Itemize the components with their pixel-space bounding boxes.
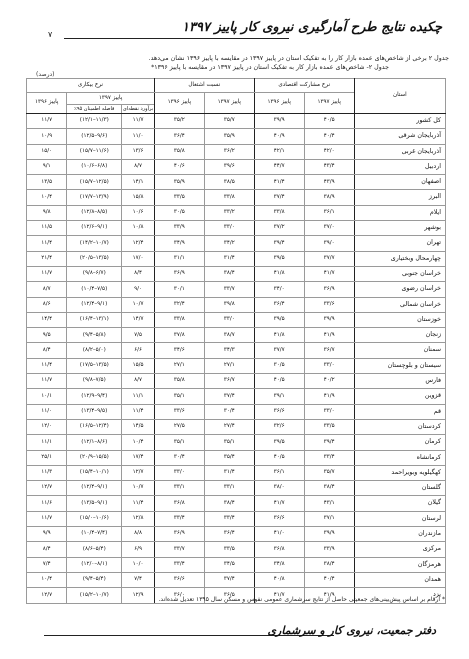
employment-1397-cell: ۳۷/۴ — [204, 572, 254, 587]
table-row: کل کشور۴۰/۵۳۹/۹۳۵/۷۳۵/۲۱۱/۷(۱۱/۳–۱۲/۱)۱۱… — [27, 114, 446, 129]
header-point-estimate: برآورد نقطه‌ای — [122, 105, 155, 114]
header-unemployment-1397: پاییز ۱۳۹۷ — [67, 93, 155, 105]
unemployment-1396-cell: ۹/۸ — [27, 205, 67, 220]
province-name: خراسان جنوبی — [354, 266, 445, 281]
province-name: قم — [354, 404, 445, 419]
page-header: ۷ چکیده نتایج طرح آمارگیری نیروی کار پای… — [42, 18, 442, 48]
employment-1396-cell: ۲۷/۵ — [154, 419, 204, 434]
province-name: آذربایجان غربی — [354, 144, 445, 159]
unemployment-1397-cell: ۱۵/۸ — [122, 190, 155, 205]
table-row: هرمزگان۳۸/۴۳۴/۸۳۴/۵۳۳/۴۱۰/۰(۸/۱–۱۲/۰)۷/۴ — [27, 557, 446, 572]
employment-1396-cell: ۳۶/۴ — [154, 129, 204, 144]
unemployment-1397-cell: ۱۱/۴ — [122, 496, 155, 511]
participation-1397-cell: ۳۳/۰ — [304, 358, 354, 373]
participation-1396-cell: ۳۶/۴ — [254, 297, 304, 312]
employment-1396-cell: ۳۴/۹ — [154, 236, 204, 251]
confidence-interval-cell: (۶/۸–۱۰/۶) — [67, 159, 122, 174]
page-number: ۷ — [48, 30, 52, 39]
participation-1396-cell: ۳۶/۱ — [254, 465, 304, 480]
employment-1397-cell: ۲۷/۴ — [204, 419, 254, 434]
province-name: اصفهان — [354, 175, 445, 190]
employment-1397-cell: ۳۰/۴ — [204, 404, 254, 419]
employment-1397-cell: ۳۳/۸ — [204, 190, 254, 205]
employment-1396-cell: ۳۵/۹ — [154, 175, 204, 190]
employment-1396-cell: ۳۳/۶ — [154, 404, 204, 419]
participation-1397-cell: ۴۳/۱ — [304, 496, 354, 511]
participation-1396-cell: ۴۰/۵ — [254, 374, 304, 389]
unemployment-1397-cell: ۷/۵ — [122, 328, 155, 343]
employment-1397-cell: ۳۵/۴ — [204, 450, 254, 465]
table-caption: جدول ۲- شاخص‌های عمده بازار کار به تفکیک… — [151, 64, 389, 71]
unemployment-1397-cell: ۱۰/۴ — [122, 435, 155, 450]
confidence-interval-cell: (۱۲/۴–۱۶/۵) — [67, 419, 122, 434]
unemployment-1396-cell: ۱۴/۴ — [27, 312, 67, 327]
participation-1396-cell: ۳۹/۴ — [254, 236, 304, 251]
confidence-interval-cell: (۹/۱–۱۲/۴) — [67, 481, 122, 496]
table-row: بوشهر۳۷/۰۳۷/۲۳۳/۰۳۳/۹۱۰/۸(۹/۱–۱۲/۶)۱۱/۵ — [27, 221, 446, 236]
province-name: ایلام — [354, 205, 445, 220]
table-row: لرستان۳۷/۱۳۶/۶۳۳/۴۳۳/۴۱۲/۸(۱۰/۶–۱۵/۰)۱۱/… — [27, 511, 446, 526]
unemployment-1396-cell: ۱۱/۷ — [27, 114, 67, 129]
employment-1396-cell: ۳۴/۶ — [154, 343, 204, 358]
unemployment-1397-cell: ۱۲/۴ — [122, 236, 155, 251]
confidence-interval-cell: (۱۰/۱–۱۵/۴) — [67, 465, 122, 480]
participation-1396-cell: ۳۴/۸ — [254, 557, 304, 572]
participation-1396-cell: ۳۶/۶ — [254, 511, 304, 526]
unemployment-1396-cell: ۸/۴ — [27, 343, 67, 358]
participation-1396-cell: ۳۹/۹ — [254, 114, 304, 129]
confidence-interval-cell: (۸/۱–۱۲/۰) — [67, 557, 122, 572]
employment-1397-cell: ۳۱/۴ — [204, 465, 254, 480]
table-row: کرمان۳۹/۴۳۹/۵۳۵/۱۳۵/۱۱۰/۴(۸/۶–۱۲/۱)۱۱/۱ — [27, 435, 446, 450]
province-name: کرمان — [354, 435, 445, 450]
participation-1397-cell: ۴۳/۴ — [304, 159, 354, 174]
unemployment-1396-cell: ۱۵/۰ — [27, 144, 67, 159]
employment-1397-cell: ۳۵/۱ — [204, 435, 254, 450]
table-row: همدان۴۰/۴۴۰/۸۳۷/۴۳۶/۶۷/۴(۵/۴–۹/۴)۱۰/۴ — [27, 572, 446, 587]
participation-1396-cell: ۳۹/۵ — [254, 435, 304, 450]
participation-1396-cell: ۳۹/۵ — [254, 251, 304, 266]
participation-1396-cell: ۴۰/۵ — [254, 450, 304, 465]
employment-1396-cell: ۴۰/۶ — [154, 159, 204, 174]
province-name: اردبیل — [354, 159, 445, 174]
table-row: سمنان۳۶/۷۳۷/۷۳۴/۳۳۴/۶۶/۶(۵/۰–۸/۲)۸/۴ — [27, 343, 446, 358]
employment-1396-cell: ۳۶/۶ — [154, 572, 204, 587]
participation-1397-cell: ۳۷/۰ — [304, 221, 354, 236]
employment-1396-cell: ۳۳/۵ — [154, 190, 204, 205]
province-name: زنجان — [354, 328, 445, 343]
confidence-interval-cell: (۵/۴–۹/۴) — [67, 572, 122, 587]
participation-1397-cell: ۳۶/۹ — [304, 282, 354, 297]
unemployment-1396-cell: ۱۰/۴ — [27, 190, 67, 205]
participation-1397-cell: ۴۰/۲ — [304, 374, 354, 389]
province-name: خراسان رضوی — [354, 282, 445, 297]
table-row: خراسان جنوبی۴۱/۷۴۱/۸۳۸/۴۳۶/۹۸/۴(۶/۷–۹/۸)… — [27, 266, 446, 281]
unemployment-1396-cell: ۱۱/۴ — [27, 236, 67, 251]
employment-1397-cell: ۳۳/۱ — [204, 481, 254, 496]
unemployment-1397-cell: ۱۰/۶ — [122, 205, 155, 220]
table-body: کل کشور۴۰/۵۳۹/۹۳۵/۷۳۵/۲۱۱/۷(۱۱/۳–۱۲/۱)۱۱… — [27, 114, 446, 604]
employment-1396-cell: ۳۳/۹ — [154, 221, 204, 236]
province-name: تهران — [354, 236, 445, 251]
province-name: گلستان — [354, 481, 445, 496]
table-row: قم۳۳/۰۳۶/۶۳۰/۴۳۳/۶۱۱/۴(۹/۵–۱۳/۴)۱۱/۰ — [27, 404, 446, 419]
province-name: البرز — [354, 190, 445, 205]
employment-1396-cell: ۳۶/۹ — [154, 266, 204, 281]
unemployment-1397-cell: ۱۴/۷ — [122, 312, 155, 327]
province-name: مرکزی — [354, 542, 445, 557]
employment-1397-cell: ۳۳/۰ — [204, 221, 254, 236]
table-row: قزوین۴۱/۹۳۹/۱۳۷/۴۳۵/۱۱۱/۱(۹/۴–۱۲/۹)۱۰/۱ — [27, 389, 446, 404]
participation-1397-cell: ۴۰/۵ — [304, 114, 354, 129]
province-name: فارس — [354, 374, 445, 389]
participation-1396-cell: ۳۴/۰ — [254, 282, 304, 297]
header-unemployment-rate: نرخ بیکاری — [27, 79, 155, 93]
header-province: استان — [354, 79, 445, 114]
header-title: چکیده نتایج طرح آمارگیری نیروی کار پاییز… — [182, 20, 442, 35]
employment-1397-cell: ۳۶/۴ — [204, 527, 254, 542]
participation-1397-cell: ۳۶/۱ — [304, 205, 354, 220]
participation-1397-cell: ۴۱/۹ — [304, 389, 354, 404]
participation-1397-cell: ۳۳/۵ — [304, 419, 354, 434]
participation-1397-cell: ۳۶/۷ — [304, 343, 354, 358]
table-row: کرمانشاه۳۳/۴۴۰/۵۳۵/۴۳۰/۴۱۷/۴(۱۵/۵–۲۰/۹)۲… — [27, 450, 446, 465]
table-row: چهارمحال وبختیاری۳۷/۷۳۹/۵۳۱/۴۳۱/۱۱۷/۰(۱۳… — [27, 251, 446, 266]
unemployment-1396-cell: ۱۱/۵ — [27, 221, 67, 236]
confidence-interval-cell: (۱۳/۹–۱۷/۷) — [67, 190, 122, 205]
employment-1397-cell: ۳۶/۷ — [204, 374, 254, 389]
employment-1397-cell: ۳۴/۳ — [204, 343, 254, 358]
unemployment-1397-cell: ۱۱/۱ — [122, 389, 155, 404]
province-name: کهگیلویه وبویراحمد — [354, 465, 445, 480]
employment-1397-cell: ۳۱/۴ — [204, 251, 254, 266]
header-participation-1397: پاییز ۱۳۹۷ — [304, 93, 354, 114]
footnote: * ارقام بر اساس پیش‌بینی‌های جمعیتی حاصل… — [159, 596, 445, 603]
confidence-interval-cell: (۱۳/۱–۱۶/۴) — [67, 312, 122, 327]
unemployment-1396-cell: ۷/۴ — [27, 557, 67, 572]
participation-1397-cell: ۴۰/۴ — [304, 572, 354, 587]
employment-1397-cell: ۳۸/۷ — [204, 328, 254, 343]
unemployment-1396-cell: ۹/۹ — [27, 527, 67, 542]
unemployment-1397-cell: ۸/۸ — [122, 527, 155, 542]
participation-1396-cell: ۴۱/۰ — [254, 527, 304, 542]
participation-1396-cell: ۳۶/۸ — [254, 542, 304, 557]
participation-1396-cell: ۳۷/۴ — [254, 190, 304, 205]
participation-1397-cell: ۳۹/۴ — [304, 435, 354, 450]
participation-1396-cell: ۳۲/۶ — [254, 419, 304, 434]
table-row: خراسان شمالی۳۳/۶۳۶/۴۳۹/۸۳۲/۴۱۰/۷(۹/۱–۱۲/… — [27, 297, 446, 312]
header-participation-rate: نرخ مشارکت اقتصادی — [254, 79, 354, 93]
confidence-interval-cell: (۹/۱–۱۲/۴) — [67, 297, 122, 312]
employment-1396-cell: ۳۳/۰ — [154, 465, 204, 480]
employment-1396-cell: ۳۳/۴ — [154, 557, 204, 572]
province-name: خراسان شمالی — [354, 297, 445, 312]
participation-1396-cell: ۳۹/۱ — [254, 389, 304, 404]
participation-1397-cell: ۳۹/۹ — [304, 312, 354, 327]
province-name: آذربایجان شرقی — [354, 129, 445, 144]
unemployment-1397-cell: ۱۴/۱ — [122, 175, 155, 190]
participation-1396-cell: ۳۷/۲ — [254, 221, 304, 236]
unemployment-1396-cell: ۱۱/۳ — [27, 465, 67, 480]
unemployment-1397-cell: ۱۰/۰ — [122, 557, 155, 572]
table-row: ایلام۳۶/۱۳۳/۸۳۳/۲۳۰/۵۱۰/۶(۸/۵–۱۲/۸)۹/۸ — [27, 205, 446, 220]
confidence-interval-cell: (۱۰/۷–۱۵/۲) — [67, 588, 122, 603]
participation-1396-cell: ۳۰/۵ — [254, 358, 304, 373]
table-row: گلستان۳۸/۴۳۸/۰۳۳/۱۳۳/۱۱۰/۷(۹/۱–۱۲/۴)۱۲/۷ — [27, 481, 446, 496]
unemployment-1397-cell: ۶/۶ — [122, 343, 155, 358]
table-intro-text: جدول ۲ برخی از شاخص‌های عمده بازار کار ر… — [149, 55, 449, 62]
confidence-interval-cell: (۹/۱–۱۳/۵) — [67, 496, 122, 511]
unemployment-1396-cell: ۱۲/۰ — [27, 419, 67, 434]
unemployment-1396-cell: ۸/۶ — [27, 297, 67, 312]
participation-1397-cell: ۳۳/۰ — [304, 404, 354, 419]
employment-1396-cell: ۳۳/۴ — [154, 511, 204, 526]
employment-1396-cell: ۳۵/۱ — [154, 389, 204, 404]
employment-1396-cell: ۳۲/۴ — [154, 297, 204, 312]
header-participation-1396: پاییز ۱۳۹۶ — [254, 93, 304, 114]
unemployment-1397-cell: ۱۱/۴ — [122, 404, 155, 419]
unemployment-1396-cell: ۱۱/۴ — [27, 358, 67, 373]
table-row: کردستان۳۳/۵۳۲/۶۲۷/۴۲۷/۵۱۴/۵(۱۲/۴–۱۶/۵)۱۲… — [27, 419, 446, 434]
unemployment-1396-cell: ۱۱/۷ — [27, 266, 67, 281]
header-employment-1397: پاییز ۱۳۹۷ — [204, 93, 254, 114]
employment-1397-cell: ۳۴/۲ — [204, 236, 254, 251]
table-row: البرز۳۸/۹۳۷/۴۳۳/۸۳۳/۵۱۵/۸(۱۳/۹–۱۷/۷)۱۰/۴ — [27, 190, 446, 205]
confidence-interval-cell: (۷/۵–۱۰/۴) — [67, 282, 122, 297]
confidence-interval-cell: (۱۱/۳–۱۲/۱) — [67, 114, 122, 129]
province-name: گیلان — [354, 496, 445, 511]
participation-1397-cell: ۳۵/۷ — [304, 465, 354, 480]
unemployment-1396-cell: ۹/۵ — [27, 328, 67, 343]
participation-1397-cell: ۳۸/۹ — [304, 190, 354, 205]
confidence-interval-cell: (۶/۷–۹/۸) — [67, 266, 122, 281]
employment-1397-cell: ۳۸/۴ — [204, 496, 254, 511]
unemployment-1396-cell: ۱۳/۵ — [27, 175, 67, 190]
employment-1397-cell: ۳۳/۵ — [204, 542, 254, 557]
unemployment-1396-cell: ۱۱/۷ — [27, 511, 67, 526]
confidence-interval-cell: (۵/۸–۹/۴) — [67, 328, 122, 343]
confidence-interval-cell: (۹/۱–۱۲/۶) — [67, 221, 122, 236]
participation-1397-cell: ۳۸/۴ — [304, 481, 354, 496]
employment-1396-cell: ۳۰/۴ — [154, 450, 204, 465]
unemployment-1397-cell: ۶/۹ — [122, 542, 155, 557]
table-row: گیلان۴۳/۱۴۱/۷۳۸/۴۳۶/۸۱۱/۴(۹/۱–۱۳/۵)۱۱/۶ — [27, 496, 446, 511]
table-row: مازندران۳۹/۹۴۱/۰۳۶/۴۳۶/۹۸/۸(۷/۴–۱۰/۴)۹/۹ — [27, 527, 446, 542]
participation-1396-cell: ۴۱/۴ — [254, 175, 304, 190]
confidence-interval-cell: (۵/۴–۸/۶) — [67, 542, 122, 557]
header-employment-ratio: نسبت اشتغال — [154, 79, 254, 93]
employment-1396-cell: ۳۰/۱ — [154, 282, 204, 297]
confidence-interval-cell: (۸/۵–۱۲/۸) — [67, 205, 122, 220]
participation-1397-cell: ۳۸/۴ — [304, 557, 354, 572]
confidence-interval-cell: (۹/۵–۱۳/۴) — [67, 404, 122, 419]
province-name: سمنان — [354, 343, 445, 358]
confidence-interval-cell: (۵/۰–۸/۲) — [67, 343, 122, 358]
table-row: تهران۳۹/۰۳۹/۴۳۴/۲۳۴/۹۱۲/۴(۱۰/۷–۱۴/۲)۱۱/۴ — [27, 236, 446, 251]
employment-1396-cell: ۳۳/۸ — [154, 312, 204, 327]
participation-1396-cell: ۴۰/۸ — [254, 572, 304, 587]
table-row: مرکزی۳۳/۹۳۶/۸۳۳/۵۳۳/۷۶/۹(۵/۴–۸/۶)۸/۴ — [27, 542, 446, 557]
employment-1397-cell: ۳۳/۷ — [204, 282, 254, 297]
province-name: سیستان و بلوچستان — [354, 358, 445, 373]
employment-1396-cell: ۳۵/۲ — [154, 114, 204, 129]
province-name: کردستان — [354, 419, 445, 434]
unemployment-1397-cell: ۱۱/۰ — [122, 129, 155, 144]
participation-1397-cell: ۴۲/۰ — [304, 144, 354, 159]
table-row: فارس۴۰/۲۴۰/۵۳۶/۷۳۵/۸۸/۷(۷/۵–۹/۸)۱۱/۷ — [27, 374, 446, 389]
participation-1396-cell: ۴۱/۸ — [254, 266, 304, 281]
unemployment-1397-cell: ۱۲/۷ — [122, 465, 155, 480]
employment-1396-cell: ۳۵/۸ — [154, 144, 204, 159]
participation-1396-cell: ۳۹/۵ — [254, 312, 304, 327]
participation-1397-cell: ۴۳/۹ — [304, 175, 354, 190]
participation-1397-cell: ۳۷/۷ — [304, 251, 354, 266]
unemployment-1397-cell: ۱۴/۵ — [122, 419, 155, 434]
unemployment-1397-cell: ۱۱/۷ — [122, 114, 155, 129]
confidence-interval-cell: (۱۳/۵–۱۷/۵) — [67, 358, 122, 373]
unemployment-1397-cell: ۱۳/۶ — [122, 144, 155, 159]
footer-title: دفتر جمعیت، نیروی کار و سرشماری — [267, 624, 436, 637]
province-name: هرمزگان — [354, 557, 445, 572]
unemployment-1397-cell: ۹/۰ — [122, 282, 155, 297]
table-row: سیستان و بلوچستان۳۳/۰۳۰/۵۲۷/۱۲۷/۱۱۵/۵(۱۳… — [27, 358, 446, 373]
employment-1397-cell: ۳۸/۴ — [204, 266, 254, 281]
employment-1397-cell: ۳۷/۴ — [204, 389, 254, 404]
confidence-interval-cell: (۹/۶–۱۲/۵) — [67, 129, 122, 144]
employment-1396-cell: ۳۳/۷ — [154, 542, 204, 557]
unemployment-1397-cell: ۱۷/۰ — [122, 251, 155, 266]
header-employment-1396: پاییز ۱۳۹۶ — [154, 93, 204, 114]
participation-1396-cell: ۳۶/۶ — [254, 404, 304, 419]
table-row: کهگیلویه وبویراحمد۳۵/۷۳۶/۱۳۱/۴۳۳/۰۱۲/۷(۱… — [27, 465, 446, 480]
employment-1396-cell: ۳۶/۸ — [154, 496, 204, 511]
participation-1396-cell: ۳۸/۰ — [254, 481, 304, 496]
employment-1396-cell: ۳۷/۸ — [154, 328, 204, 343]
unemployment-1397-cell: ۷/۴ — [122, 572, 155, 587]
employment-1397-cell: ۳۹/۸ — [204, 297, 254, 312]
unemployment-1396-cell: ۱۱/۱ — [27, 435, 67, 450]
unemployment-1397-cell: ۱۰/۷ — [122, 297, 155, 312]
table-row: اردبیل۴۳/۴۴۴/۷۳۹/۶۴۰/۶۸/۷(۶/۸–۱۰/۶)۹/۱ — [27, 159, 446, 174]
unemployment-1396-cell: ۱۲/۷ — [27, 588, 67, 603]
province-name: کل کشور — [354, 114, 445, 129]
header-divider — [64, 38, 289, 39]
employment-1396-cell: ۳۱/۱ — [154, 251, 204, 266]
unemployment-1396-cell: ۱۰/۴ — [27, 572, 67, 587]
unemployment-1396-cell: ۲۱/۴ — [27, 251, 67, 266]
unit-label: (درصد) — [36, 71, 55, 78]
participation-1396-cell: ۴۰/۹ — [254, 129, 304, 144]
labor-market-table: استان نرخ مشارکت اقتصادی نسبت اشتغال نرخ… — [26, 78, 446, 604]
table-row: خراسان رضوی۳۶/۹۳۴/۰۳۳/۷۳۰/۱۹/۰(۷/۵–۱۰/۴)… — [27, 282, 446, 297]
employment-1397-cell: ۳۵/۹ — [204, 129, 254, 144]
participation-1397-cell: ۴۱/۷ — [304, 266, 354, 281]
unemployment-1397-cell: ۸/۴ — [122, 266, 155, 281]
employment-1397-cell: ۳۶/۲ — [204, 144, 254, 159]
province-name: مازندران — [354, 527, 445, 542]
participation-1397-cell: ۴۰/۴ — [304, 129, 354, 144]
confidence-interval-cell: (۱۰/۷–۱۴/۲) — [67, 236, 122, 251]
participation-1396-cell: ۴۱/۸ — [254, 328, 304, 343]
province-name: کرمانشاه — [354, 450, 445, 465]
unemployment-1396-cell: ۱۱/۶ — [27, 496, 67, 511]
participation-1397-cell: ۳۳/۶ — [304, 297, 354, 312]
participation-1397-cell: ۳۹/۰ — [304, 236, 354, 251]
participation-1397-cell: ۳۹/۹ — [304, 527, 354, 542]
employment-1396-cell: ۳۶/۹ — [154, 527, 204, 542]
employment-1397-cell: ۳۸/۵ — [204, 175, 254, 190]
unemployment-1397-cell: ۱۷/۴ — [122, 450, 155, 465]
participation-1397-cell: ۳۳/۹ — [304, 542, 354, 557]
province-name: همدان — [354, 572, 445, 587]
unemployment-1396-cell: ۱۱/۷ — [27, 374, 67, 389]
unemployment-1397-cell: ۸/۷ — [122, 159, 155, 174]
province-name: لرستان — [354, 511, 445, 526]
table-row: اصفهان۴۳/۹۴۱/۴۳۸/۵۳۵/۹۱۴/۱(۱۲/۵–۱۵/۷)۱۳/… — [27, 175, 446, 190]
employment-1397-cell: ۲۷/۱ — [204, 358, 254, 373]
province-name: چهارمحال وبختیاری — [354, 251, 445, 266]
table-row: آذربایجان شرقی۴۰/۴۴۰/۹۳۵/۹۳۶/۴۱۱/۰(۹/۶–۱… — [27, 129, 446, 144]
employment-1397-cell: ۳۵/۷ — [204, 114, 254, 129]
page-footer: دفتر جمعیت، نیروی کار و سرشماری — [44, 618, 444, 648]
employment-1397-cell: ۳۳/۴ — [204, 511, 254, 526]
unemployment-1396-cell: ۱۱/۰ — [27, 404, 67, 419]
unemployment-1396-cell: ۱۰/۹ — [27, 129, 67, 144]
unemployment-1396-cell: ۸/۴ — [27, 542, 67, 557]
unemployment-1397-cell: ۱۰/۸ — [122, 221, 155, 236]
employment-1396-cell: ۳۵/۸ — [154, 374, 204, 389]
confidence-interval-cell: (۷/۵–۹/۸) — [67, 374, 122, 389]
unemployment-1396-cell: ۹/۱ — [27, 159, 67, 174]
unemployment-1396-cell: ۸/۷ — [27, 282, 67, 297]
header-unemployment-1396: پاییز ۱۳۹۶ — [27, 93, 67, 114]
unemployment-1397-cell: ۱۲/۹ — [122, 588, 155, 603]
unemployment-1397-cell: ۸/۷ — [122, 374, 155, 389]
confidence-interval-cell: (۹/۴–۱۲/۹) — [67, 389, 122, 404]
unemployment-1397-cell: ۱۵/۵ — [122, 358, 155, 373]
employment-1396-cell: ۳۰/۵ — [154, 205, 204, 220]
participation-1397-cell: ۳۳/۴ — [304, 450, 354, 465]
table-row: زنجان۴۱/۹۴۱/۸۳۸/۷۳۷/۸۷/۵(۵/۸–۹/۴)۹/۵ — [27, 328, 446, 343]
employment-1396-cell: ۲۷/۱ — [154, 358, 204, 373]
employment-1396-cell: ۳۵/۱ — [154, 435, 204, 450]
participation-1397-cell: ۴۱/۹ — [304, 328, 354, 343]
unemployment-1396-cell: ۱۲/۷ — [27, 481, 67, 496]
province-name: قزوین — [354, 389, 445, 404]
participation-1396-cell: ۴۲/۱ — [254, 144, 304, 159]
unemployment-1397-cell: ۱۰/۷ — [122, 481, 155, 496]
confidence-interval-cell: (۱۰/۶–۱۵/۰) — [67, 511, 122, 526]
employment-1396-cell: ۳۳/۱ — [154, 481, 204, 496]
participation-1397-cell: ۳۷/۱ — [304, 511, 354, 526]
confidence-interval-cell: (۱۵/۵–۲۰/۹) — [67, 450, 122, 465]
unemployment-1396-cell: ۱۰/۱ — [27, 389, 67, 404]
participation-1396-cell: ۳۷/۷ — [254, 343, 304, 358]
participation-1396-cell: ۴۴/۷ — [254, 159, 304, 174]
unemployment-1397-cell: ۱۲/۸ — [122, 511, 155, 526]
participation-1396-cell: ۳۳/۸ — [254, 205, 304, 220]
participation-1396-cell: ۴۱/۷ — [254, 496, 304, 511]
confidence-interval-cell: (۸/۶–۱۲/۱) — [67, 435, 122, 450]
confidence-interval-cell: (۱۱/۶–۱۵/۷) — [67, 144, 122, 159]
confidence-interval-cell: (۱۲/۵–۱۵/۷) — [67, 175, 122, 190]
table-row: آذربایجان غربی۴۲/۰۴۲/۱۳۶/۲۳۵/۸۱۳/۶(۱۱/۶–… — [27, 144, 446, 159]
employment-1397-cell: ۳۳/۰ — [204, 312, 254, 327]
employment-1397-cell: ۳۹/۶ — [204, 159, 254, 174]
employment-1397-cell: ۳۴/۵ — [204, 557, 254, 572]
employment-1397-cell: ۳۳/۲ — [204, 205, 254, 220]
confidence-interval-cell: (۱۳/۵–۲۰/۵) — [67, 251, 122, 266]
